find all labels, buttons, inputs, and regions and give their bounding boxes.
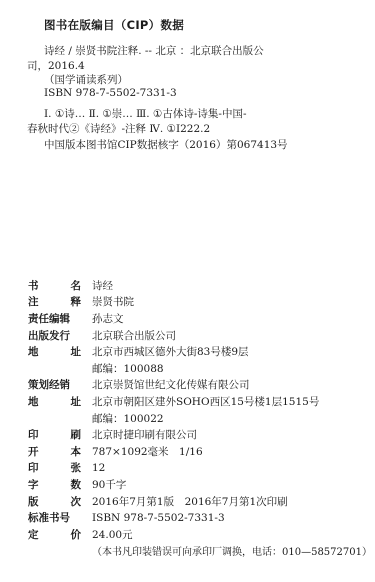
cip-line-series: （国学诵读系列） — [44, 72, 128, 87]
colophon-value: 2016年7月第1版 2016年7月第1次印刷 — [92, 494, 288, 509]
colophon-value: 北京时捷印刷有限公司 — [92, 427, 197, 442]
colophon: 书名 诗经 注释 崇贤书院 责任编辑 孙志文 出版发行 北京联合出版公司 地址 … — [28, 277, 368, 559]
colophon-row-editor: 责任编辑 孙志文 — [28, 310, 368, 327]
colophon-label: 书名 — [28, 278, 81, 293]
colophon-label: 定价 — [28, 527, 81, 542]
colophon-label: 标准书号 — [28, 510, 81, 525]
colophon-row-distributor-address: 地址 北京市朝阳区建外SOHO西区15号楼1层1515号 — [28, 393, 368, 410]
colophon-row-edition: 版次 2016年7月第1版 2016年7月第1次印刷 — [28, 493, 368, 510]
colophon-value: 北京市西城区德外大街83号楼9层 — [92, 344, 249, 359]
cip-official-number: 中国版本图书馆CIP数据核字（2016）第067413号 — [44, 137, 288, 152]
colophon-label: 开本 — [28, 444, 81, 459]
colophon-value: 邮编：100088 — [92, 361, 164, 376]
cip-line-title-author: 诗经 / 崇贤书院注释. -- 北京 ：北京联合出版公 — [44, 43, 264, 58]
colophon-row-distributor-postcode: 邮编：100022 — [28, 410, 368, 427]
colophon-label: 地址 — [28, 344, 81, 359]
colophon-row-publisher-postcode: 邮编：100088 — [28, 360, 368, 377]
colophon-row-price: 定价 24.00元 — [28, 526, 368, 543]
cip-line-publisher-date: 司，2016.4 — [27, 58, 85, 73]
colophon-notice: （本书凡印装错误可向承印厂调换，电话：010—58572701） — [92, 543, 372, 558]
colophon-row-publisher: 出版发行 北京联合出版公司 — [28, 327, 368, 344]
colophon-value: 12 — [92, 462, 105, 474]
colophon-row-publisher-address: 地址 北京市西城区德外大街83号楼9层 — [28, 343, 368, 360]
colophon-value: 787×1092毫米 1/16 — [92, 444, 203, 459]
colophon-value: 北京市朝阳区建外SOHO西区15号楼1层1515号 — [92, 394, 319, 409]
cip-line-classification-1: Ⅰ. ①诗… Ⅱ. ①崇… Ⅲ. ①古体诗-诗集-中国- — [44, 106, 247, 121]
colophon-value: 北京联合出版公司 — [92, 328, 176, 343]
colophon-row-notice: （本书凡印装错误可向承印厂调换，电话：010—58572701） — [28, 543, 368, 560]
colophon-row-isbn: 标准书号 ISBN 978-7-5502-7331-3 — [28, 509, 368, 526]
cip-line-isbn: ISBN 978-7-5502-7331-3 — [44, 87, 177, 99]
colophon-value: ISBN 978-7-5502-7331-3 — [92, 512, 225, 524]
colophon-value: 北京崇贤馆世纪文化传媒有限公司 — [92, 377, 250, 392]
colophon-label: 责任编辑 — [28, 311, 81, 326]
colophon-value: 邮编：100022 — [92, 411, 164, 426]
colophon-value: 诗经 — [92, 278, 113, 293]
colophon-row-printer: 印刷 北京时捷印刷有限公司 — [28, 426, 368, 443]
colophon-label: 出版发行 — [28, 328, 81, 343]
colophon-label: 版次 — [28, 494, 81, 509]
colophon-value: 24.00元 — [92, 527, 133, 542]
colophon-row-annotator: 注释 崇贤书院 — [28, 294, 368, 311]
cip-line-classification-2: 春秋时代②《诗经》-注释 Ⅳ. ①I222.2 — [27, 121, 210, 136]
colophon-value: 崇贤书院 — [92, 294, 134, 309]
colophon-label: 注释 — [28, 294, 81, 309]
colophon-value: 90千字 — [92, 477, 126, 492]
colophon-label: 字数 — [28, 477, 81, 492]
colophon-label: 印张 — [28, 460, 81, 475]
colophon-value: 孙志文 — [92, 311, 124, 326]
colophon-row-format: 开本 787×1092毫米 1/16 — [28, 443, 368, 460]
colophon-label: 策划经销 — [28, 377, 81, 392]
cip-title: 图书在版编目（CIP）数据 — [44, 17, 184, 33]
colophon-label: 印刷 — [28, 427, 81, 442]
colophon-row-sheets: 印张 12 — [28, 460, 368, 477]
colophon-row-word-count: 字数 90千字 — [28, 476, 368, 493]
colophon-row-distributor: 策划经销 北京崇贤馆世纪文化传媒有限公司 — [28, 377, 368, 394]
colophon-label: 地址 — [28, 394, 81, 409]
colophon-row-title: 书名 诗经 — [28, 277, 368, 294]
